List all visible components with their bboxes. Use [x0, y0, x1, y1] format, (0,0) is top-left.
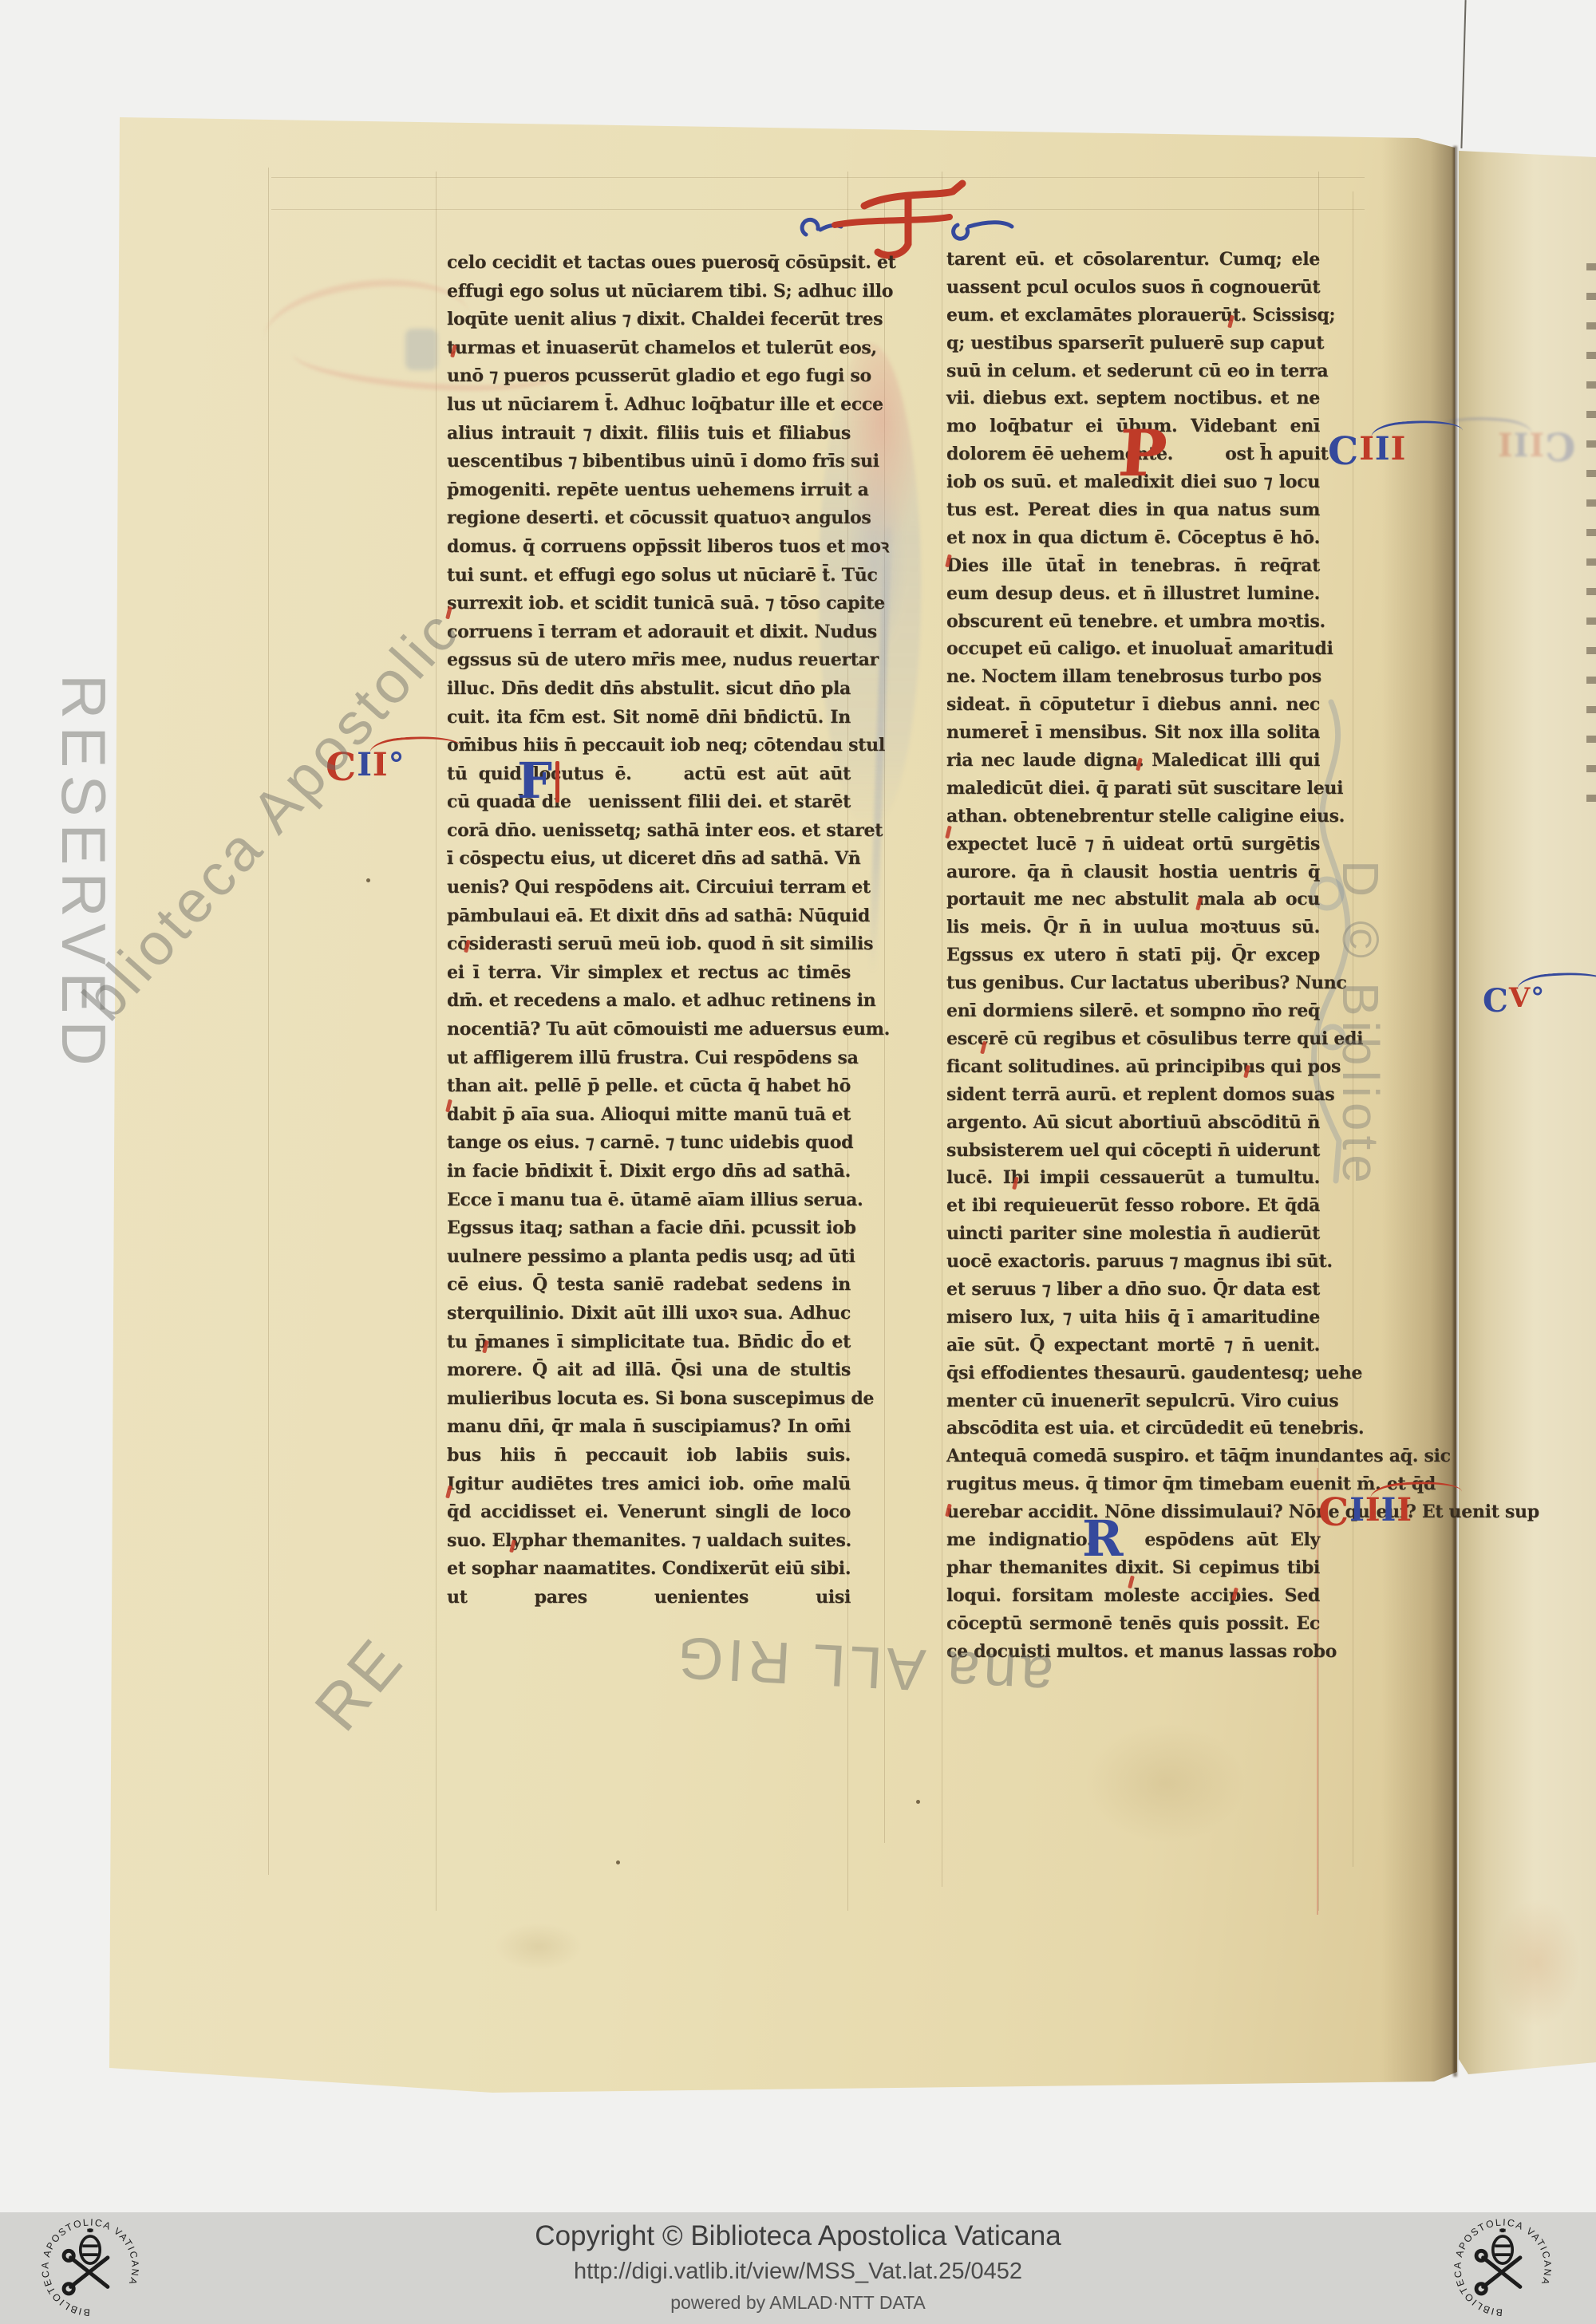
manuscript-line: alius intrauit ⁊ dixit. filiis tuis et f… — [447, 420, 851, 448]
manuscript-line: rugitus meus. q̄ timor q̄m timebam eueni… — [946, 1470, 1320, 1498]
manuscript-line: uocē exactoris. paruus ⁊ magnus ibi sūt. — [946, 1248, 1320, 1276]
parchment-stain — [1085, 1723, 1245, 1843]
manuscript-line: sideat. n̄ cōputetur ī diebus anni. nec — [946, 691, 1320, 719]
manuscript-line: p̄mogeniti. repēte uentus uehemens irrui… — [447, 476, 851, 505]
footer-bar: Copyright © Biblioteca Apostolica Vatica… — [0, 2212, 1596, 2324]
manuscript-line: lis meis. Q̄r n̄ in uulua moꝛtuus sū. — [946, 913, 1320, 941]
manuscript-line: egssus sū de utero mr̄is mee, nudus reue… — [447, 646, 851, 675]
powered-by-text: powered by AMLAD·NTT DATA — [0, 2292, 1596, 2314]
initial-F: F — [517, 756, 552, 806]
manuscript-line: tū quid locutus ē. actū est aūt aūt — [447, 760, 851, 789]
manuscript-line: bus hiis n̄ peccauit iob labiis suis. — [447, 1442, 851, 1470]
manuscript-line: corā dn̄o. uenissetq; sathā inter eos. e… — [447, 817, 851, 846]
logo-circular-text: BIBLIOTECA APOSTOLICA VATICANA — [1454, 2219, 1551, 2316]
logo-circular-text: BIBLIOTECA APOSTOLICA VATICANA — [41, 2219, 139, 2316]
manuscript-line: aurore. q̄a n̄ clausit hostia uentris q̄ — [946, 858, 1320, 886]
manuscript-line: ut affligerem illū frustra. Cui respōden… — [447, 1044, 851, 1073]
manuscript-line: occupet eū caligo. et inuoluat̄ amaritud… — [946, 635, 1320, 663]
initial-R: R — [1082, 1514, 1124, 1564]
manuscript-line: turmas et inuaserūt chamelos et tulerūt … — [447, 334, 851, 363]
manuscript-line: abscōdita est uia. et circūdedit eū tene… — [946, 1415, 1320, 1442]
manuscript-line: in facie bn̄dixit t̄. Dixit ergo dn̄s ad… — [447, 1158, 851, 1186]
manuscript-line: ce docuisti multos. et manus lassas robo — [946, 1638, 1320, 1666]
manuscript-line: misero lux, ⁊ uita hiis q̄ ī amaritudine — [946, 1304, 1320, 1332]
next-folio-text-edge — [1586, 263, 1596, 822]
manuscript-line: dm̄. et recedens a malo. et adhuc retine… — [447, 987, 851, 1016]
manuscript-line: uulnere pessimo a planta pedis usq; ad ū… — [447, 1243, 851, 1272]
chapter-mark-ii: CII° — [326, 748, 405, 787]
showthrough-letter — [405, 329, 437, 370]
manuscript-line: cuit. ita fc̄m est. Sit nomē dn̄i bn̄dic… — [447, 704, 851, 732]
ink-speck — [916, 1800, 920, 1804]
manuscript-line: uerebar accidit. Nōne dissimulaui? Nōne … — [946, 1498, 1320, 1526]
manuscript-line: pāmbulaui eā. Et dixit dn̄s ad sathā: Nū… — [447, 902, 851, 931]
parchment-stain — [1492, 1899, 1580, 2026]
chapter-mark-iii: CIII — [1328, 432, 1406, 471]
manuscript-line: enī dormiens silerē. et sompno m̄o req̄ — [946, 997, 1320, 1025]
manuscript-line: expectet lucē ⁊ n̄ uideat ortū surgētis — [946, 831, 1320, 858]
svg-text:BIBLIOTECA APOSTOLICA VATICANA: BIBLIOTECA APOSTOLICA VATICANA — [41, 2219, 139, 2316]
manuscript-line: subsisterem uel qui cōcepti n̄ uiderunt — [946, 1137, 1320, 1165]
manuscript-line: me indignatio. espōdens aūt Ely — [946, 1526, 1320, 1554]
manuscript-line: cōceptū sermonē tenēs quis possit. Ec — [946, 1610, 1320, 1638]
manuscript-line: q; uestibus sparserīt puluerē sup caput — [946, 329, 1320, 357]
manuscript-line: illuc. Dn̄s dedit dn̄s abstulit. sicut d… — [447, 675, 851, 704]
manuscript-line: morere. Q̄ ait ad illā. Q̄si una de stul… — [447, 1356, 851, 1385]
chapter-mark-iiii: CIIII — [1318, 1493, 1412, 1532]
svg-text:BIBLIOTECA APOSTOLICA VATICANA: BIBLIOTECA APOSTOLICA VATICANA — [1454, 2219, 1551, 2316]
ink-speck — [616, 1860, 620, 1864]
manuscript-line: ut pares uenientes uisi — [447, 1584, 851, 1612]
crossed-keys-icon — [1476, 2251, 1520, 2294]
manuscript-line: than ait. pellē p̄ pelle. et cūcta q̄ ha… — [447, 1072, 851, 1101]
manuscript-line: Igitur audiētes tres amici iob. om̄e mal… — [447, 1470, 851, 1499]
manuscript-line: eum. et exclamātes plorauerūt. Scissisq; — [946, 302, 1320, 329]
manuscript-line: domus. q̄ corruens opp̄ssit liberos tuos… — [447, 533, 851, 562]
manuscript-line: tus genibus. Cur lactatus uberibus? Nunc — [946, 969, 1320, 997]
manuscript-line: ficant solitudines. aū principibus qui p… — [946, 1053, 1320, 1081]
manuscript-line: escerē cū regibus et cōsulibus terre qui… — [946, 1025, 1320, 1053]
manuscript-line: et nox in qua dictum ē. Cōceptus ē hō. — [946, 524, 1320, 552]
watermark-vertical-left: RESERVED — [47, 674, 120, 1073]
copyright-text: Copyright © Biblioteca Apostolica Vatica… — [0, 2220, 1596, 2252]
manuscript-line: et ibi requieuerūt fesso robore. Et q̄dā — [946, 1192, 1320, 1220]
manuscript-line: sident terrā aurū. et replent domos suas — [946, 1081, 1320, 1109]
manuscript-line: suū in celum. et sederunt cū eo in terra — [946, 357, 1320, 385]
binding-thread — [1460, 0, 1466, 148]
source-url-text: http://digi.vatlib.it/view/MSS_Vat.lat.2… — [0, 2259, 1596, 2285]
papal-tiara-icon — [81, 2228, 100, 2263]
manuscript-line: cōsiderasti seruū meū iob. quod n̄ sit s… — [447, 930, 851, 959]
manuscript-line: Dies ille ūtat̄ in tenebras. n̄ req̄rat — [946, 552, 1320, 580]
manuscript-line: vii. diebus ext. septem noctibus. et ne — [946, 385, 1320, 412]
manuscript-line: argento. Aū sicut abortiuū abscōditū n̄ — [946, 1109, 1320, 1137]
manuscript-line: Egssus itaq; sathan a facie dn̄i. pcussi… — [447, 1214, 851, 1243]
chapter-mark-showthrough: CIII — [1497, 429, 1575, 468]
manuscript-line: tus est. Pereat dies in qua natus sum — [946, 496, 1320, 524]
manuscript-line: uincti pariter sine molestia n̄ audierūt — [946, 1220, 1320, 1248]
manuscript-line: nocentiā? Tu aūt cōmouisti me aduersus e… — [447, 1016, 851, 1044]
manuscript-line: cū quadā die uenissent filii dei. et sta… — [447, 788, 851, 817]
manuscript-line: uenis? Qui respōdens ait. Circuiui terra… — [447, 874, 851, 902]
manuscript-line: dabit p̄ aīa sua. Alioqui mitte manū tuā… — [447, 1101, 851, 1130]
manuscript-line: ī cōspectu eius, ut diceret dn̄s ad sath… — [447, 845, 851, 874]
manuscript-line: tui sunt. et effugi ego solus ut nūciarē… — [447, 562, 851, 590]
manuscript-line: numeret̄ ī mensibus. Sit nox illa solita — [946, 719, 1320, 747]
column-ruling — [436, 172, 437, 1911]
manuscript-line: athan. obtenebrentur stelle caligine eiu… — [946, 803, 1320, 831]
manuscript-line: uescentibus ⁊ bibentibus uinū ī domo frī… — [447, 448, 851, 476]
manuscript-line: q̄si effodientes thesaurū. gaudentesq; u… — [946, 1359, 1320, 1387]
text-column-left: celo cecidit et tactas oues puerosq̄ cōs… — [447, 249, 851, 1612]
vatican-library-logo: BIBLIOTECA APOSTOLICA VATICANA — [1454, 2219, 1551, 2316]
manuscript-line: portauit me nec abstulit mala ab ocu — [946, 886, 1320, 913]
manuscript-line: et sophar naamatites. Condixerūt eiū sib… — [447, 1555, 851, 1584]
ink-speck — [366, 878, 370, 882]
manuscript-line: obscurent eū tenebre. et umbra moꝛtis. — [946, 608, 1320, 636]
manuscript-line: et seruus ⁊ liber a dn̄o suo. Q̄r data e… — [946, 1276, 1320, 1304]
crossed-keys-icon — [64, 2251, 108, 2294]
manuscript-line: q̄d accidisset ei. Venerunt singli de lo… — [447, 1498, 851, 1527]
chapter-mark-v-next-folio: CV° — [1483, 984, 1545, 1017]
manuscript-line: regione deserti. et cōcussit quatuoꝛ ang… — [447, 504, 851, 533]
manuscript-line: celo cecidit et tactas oues puerosq̄ cōs… — [447, 249, 851, 278]
manuscript-line: suo. Elyphar themanites. ⁊ ualdach suite… — [447, 1527, 851, 1556]
manuscript-line: mulieribus locuta es. Si bona suscepimus… — [447, 1385, 851, 1414]
manuscript-line: menter cū inuenerīt sepulcrū. Viro cuius — [946, 1387, 1320, 1415]
manuscript-line: cē eius. Q̄ testa saniē radebat sedens i… — [447, 1271, 851, 1300]
manuscript-line: corruens ī terram et adorauit et dixit. … — [447, 618, 851, 647]
manuscript-line: uassent pcul oculos suos n̄ cognouerūt — [946, 274, 1320, 302]
digitized-manuscript-viewer-page: { "colors": { "red": "#bf3b28", "blue": … — [0, 0, 1596, 2324]
manuscript-line: Egssus ex utero n̄ statī pij. Q̄r excep — [946, 941, 1320, 969]
manuscript-line: Antequā comedā suspiro. et tāq̄m inundan… — [946, 1442, 1320, 1470]
parchment-stain — [495, 1923, 583, 1971]
manuscript-line: ei ī terra. Vir simplex et rectus ac tim… — [447, 959, 851, 988]
margin-ruling — [268, 168, 269, 1875]
manuscript-line: maledicūt diei. q̄ parati sūt suscitare … — [946, 775, 1320, 803]
manuscript-line: loqūte uenit alius ⁊ dixit. Chaldei fece… — [447, 306, 851, 334]
papal-tiara-icon — [1493, 2228, 1512, 2263]
manuscript-line: tu p̄manes ī simplicitate tua. Bn̄dic d̄… — [447, 1328, 851, 1357]
manuscript-line: unō ⁊ pueros pcusserūt gladio et ego fug… — [447, 362, 851, 391]
manuscript-line: Ecce ī manu tua ē. ūtamē aīam illius ser… — [447, 1186, 851, 1215]
manuscript-line: aīe sūt. Q̄ expectant mortē ⁊ n̄ uenit. — [946, 1332, 1320, 1359]
manuscript-line: eum desup deus. et n̄ illustret lumine. — [946, 580, 1320, 608]
manuscript-line: ne. Noctem illam tenebrosus turbo pos — [946, 663, 1320, 691]
manuscript-line: sterquilinio. Dixit aūt illi uxoꝛ sua. A… — [447, 1300, 851, 1328]
manuscript-line: effugi ego solus ut nūciarem tibi. S; ad… — [447, 278, 851, 306]
manuscript-line: tarent eū. et cōsolarentur. Cumq; ele — [946, 246, 1320, 274]
manuscript-line: tange os eius. ⁊ carnē. ⁊ tunc uidebis q… — [447, 1129, 851, 1158]
manuscript-line: manu dn̄i, q̄r mala n̄ suscipiamus? In o… — [447, 1413, 851, 1442]
manuscript-line: ria nec laude digna. Maledicat illi qui — [946, 747, 1320, 775]
vatican-library-logo: BIBLIOTECA APOSTOLICA VATICANA — [41, 2219, 139, 2316]
manuscript-line: om̄ibus hiis n̄ peccauit iob neq; cōtend… — [447, 732, 851, 760]
initial-P: P — [1116, 421, 1169, 485]
manuscript-line: surrexit iob. et scidit tunicā suā. ⁊ tō… — [447, 590, 851, 618]
manuscript-line: lus ut nūciarem t̄. Adhuc loq̄batur ille… — [447, 391, 851, 420]
manuscript-line: loqui. forsitam moleste accipies. Sed — [946, 1582, 1320, 1610]
manuscript-line: lucē. Ibi impii cessauerūt a tumultu. — [946, 1164, 1320, 1192]
column-ruling — [942, 172, 942, 1887]
